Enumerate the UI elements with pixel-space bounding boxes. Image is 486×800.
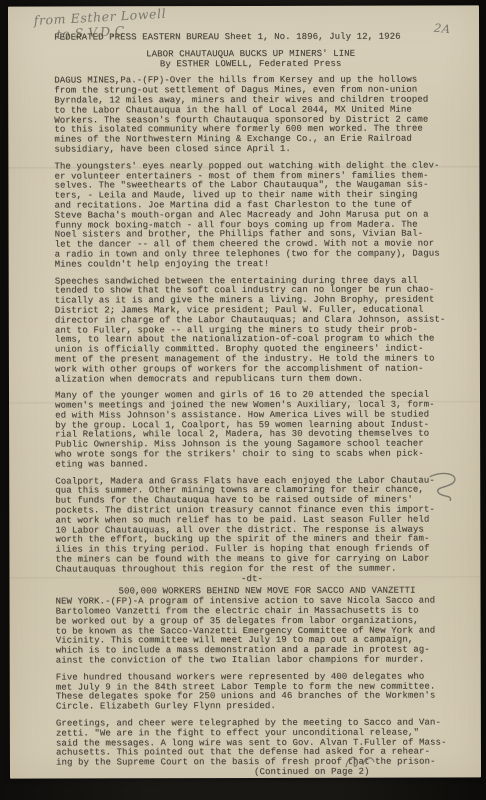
article1-byline: By ESTHER LOWELL, Federated Press bbox=[54, 59, 447, 70]
article1-paragraph: Speeches sandwiched between the entertai… bbox=[55, 276, 448, 385]
article1-paragraph: Many of the younger women and girls of 1… bbox=[55, 391, 448, 470]
article1-end-mark: -dt- bbox=[55, 574, 448, 585]
bureau-masthead: FEDERATED PRESS EASTERN BUREAU Sheet 1, … bbox=[54, 32, 447, 43]
article2-paragraph: Five hundred thousand workers were repre… bbox=[56, 672, 449, 712]
article2-paragraph: Greetings, and cheer were telegraphed by… bbox=[56, 718, 449, 768]
continuation-note: (Continued on Page 2) bbox=[56, 767, 449, 778]
photographed-document: { "colors": { "backdrop": "#14120f", "pa… bbox=[0, 0, 486, 800]
article1-paragraph: Coalport, Madera and Grass Flats have ea… bbox=[55, 476, 448, 575]
article1-paragraph: DAGUS MINES,Pa.-(FP)-Over the hills from… bbox=[54, 76, 447, 155]
typed-content: FEDERATED PRESS EASTERN BUREAU Sheet 1, … bbox=[8, 5, 481, 778]
article1-header: LABOR CHAUTAUQUA BUCKS UP MINERS' LINE B… bbox=[54, 49, 447, 70]
article2-paragraph: NEW YORK.-(FP)-A program of intensive ac… bbox=[56, 597, 449, 667]
article1-paragraph: The youngsters' eyes nearly popped out w… bbox=[54, 161, 447, 270]
typewritten-page: from Esther Lowell to S.V.D.C. 2A FEDERA… bbox=[8, 5, 481, 778]
